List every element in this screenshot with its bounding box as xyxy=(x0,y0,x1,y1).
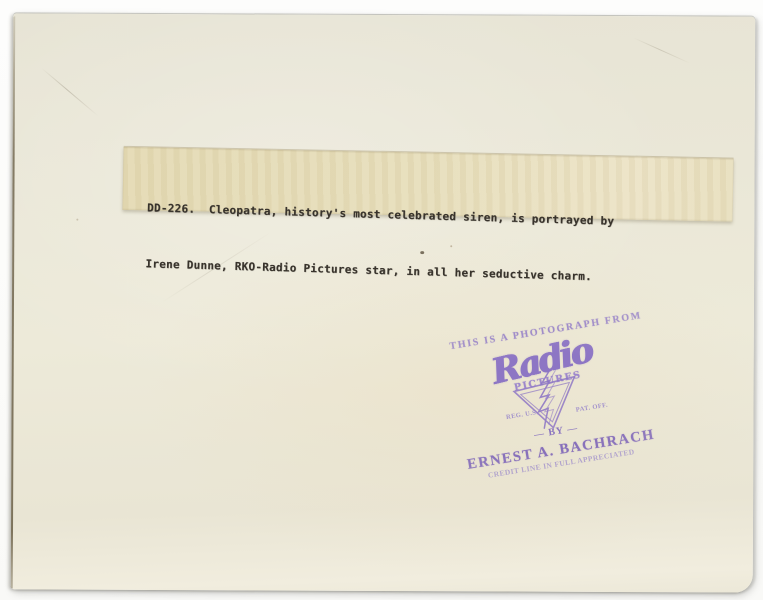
photographer-stamp: THIS IS A PHOTOGRAPH FROM Radio PICTURES… xyxy=(402,302,713,502)
caption-line-1: DD-226. Cleopatra, history's most celebr… xyxy=(147,199,615,231)
paper-speck xyxy=(76,219,78,221)
caption-text: DD-226. Cleopatra, history's most celebr… xyxy=(144,162,615,323)
caption-line-2: Irene Dunne, RKO-Radio Pictures star, in… xyxy=(145,255,613,287)
scanned-photo-back: DD-226. Cleopatra, history's most celebr… xyxy=(0,0,763,600)
paper-crease xyxy=(41,68,98,117)
typed-caption-label: DD-226. Cleopatra, history's most celebr… xyxy=(122,147,733,222)
photo-verso-paper: DD-226. Cleopatra, history's most celebr… xyxy=(11,13,756,592)
paper-crease xyxy=(634,38,691,64)
photo-edge-shadow xyxy=(11,16,15,588)
